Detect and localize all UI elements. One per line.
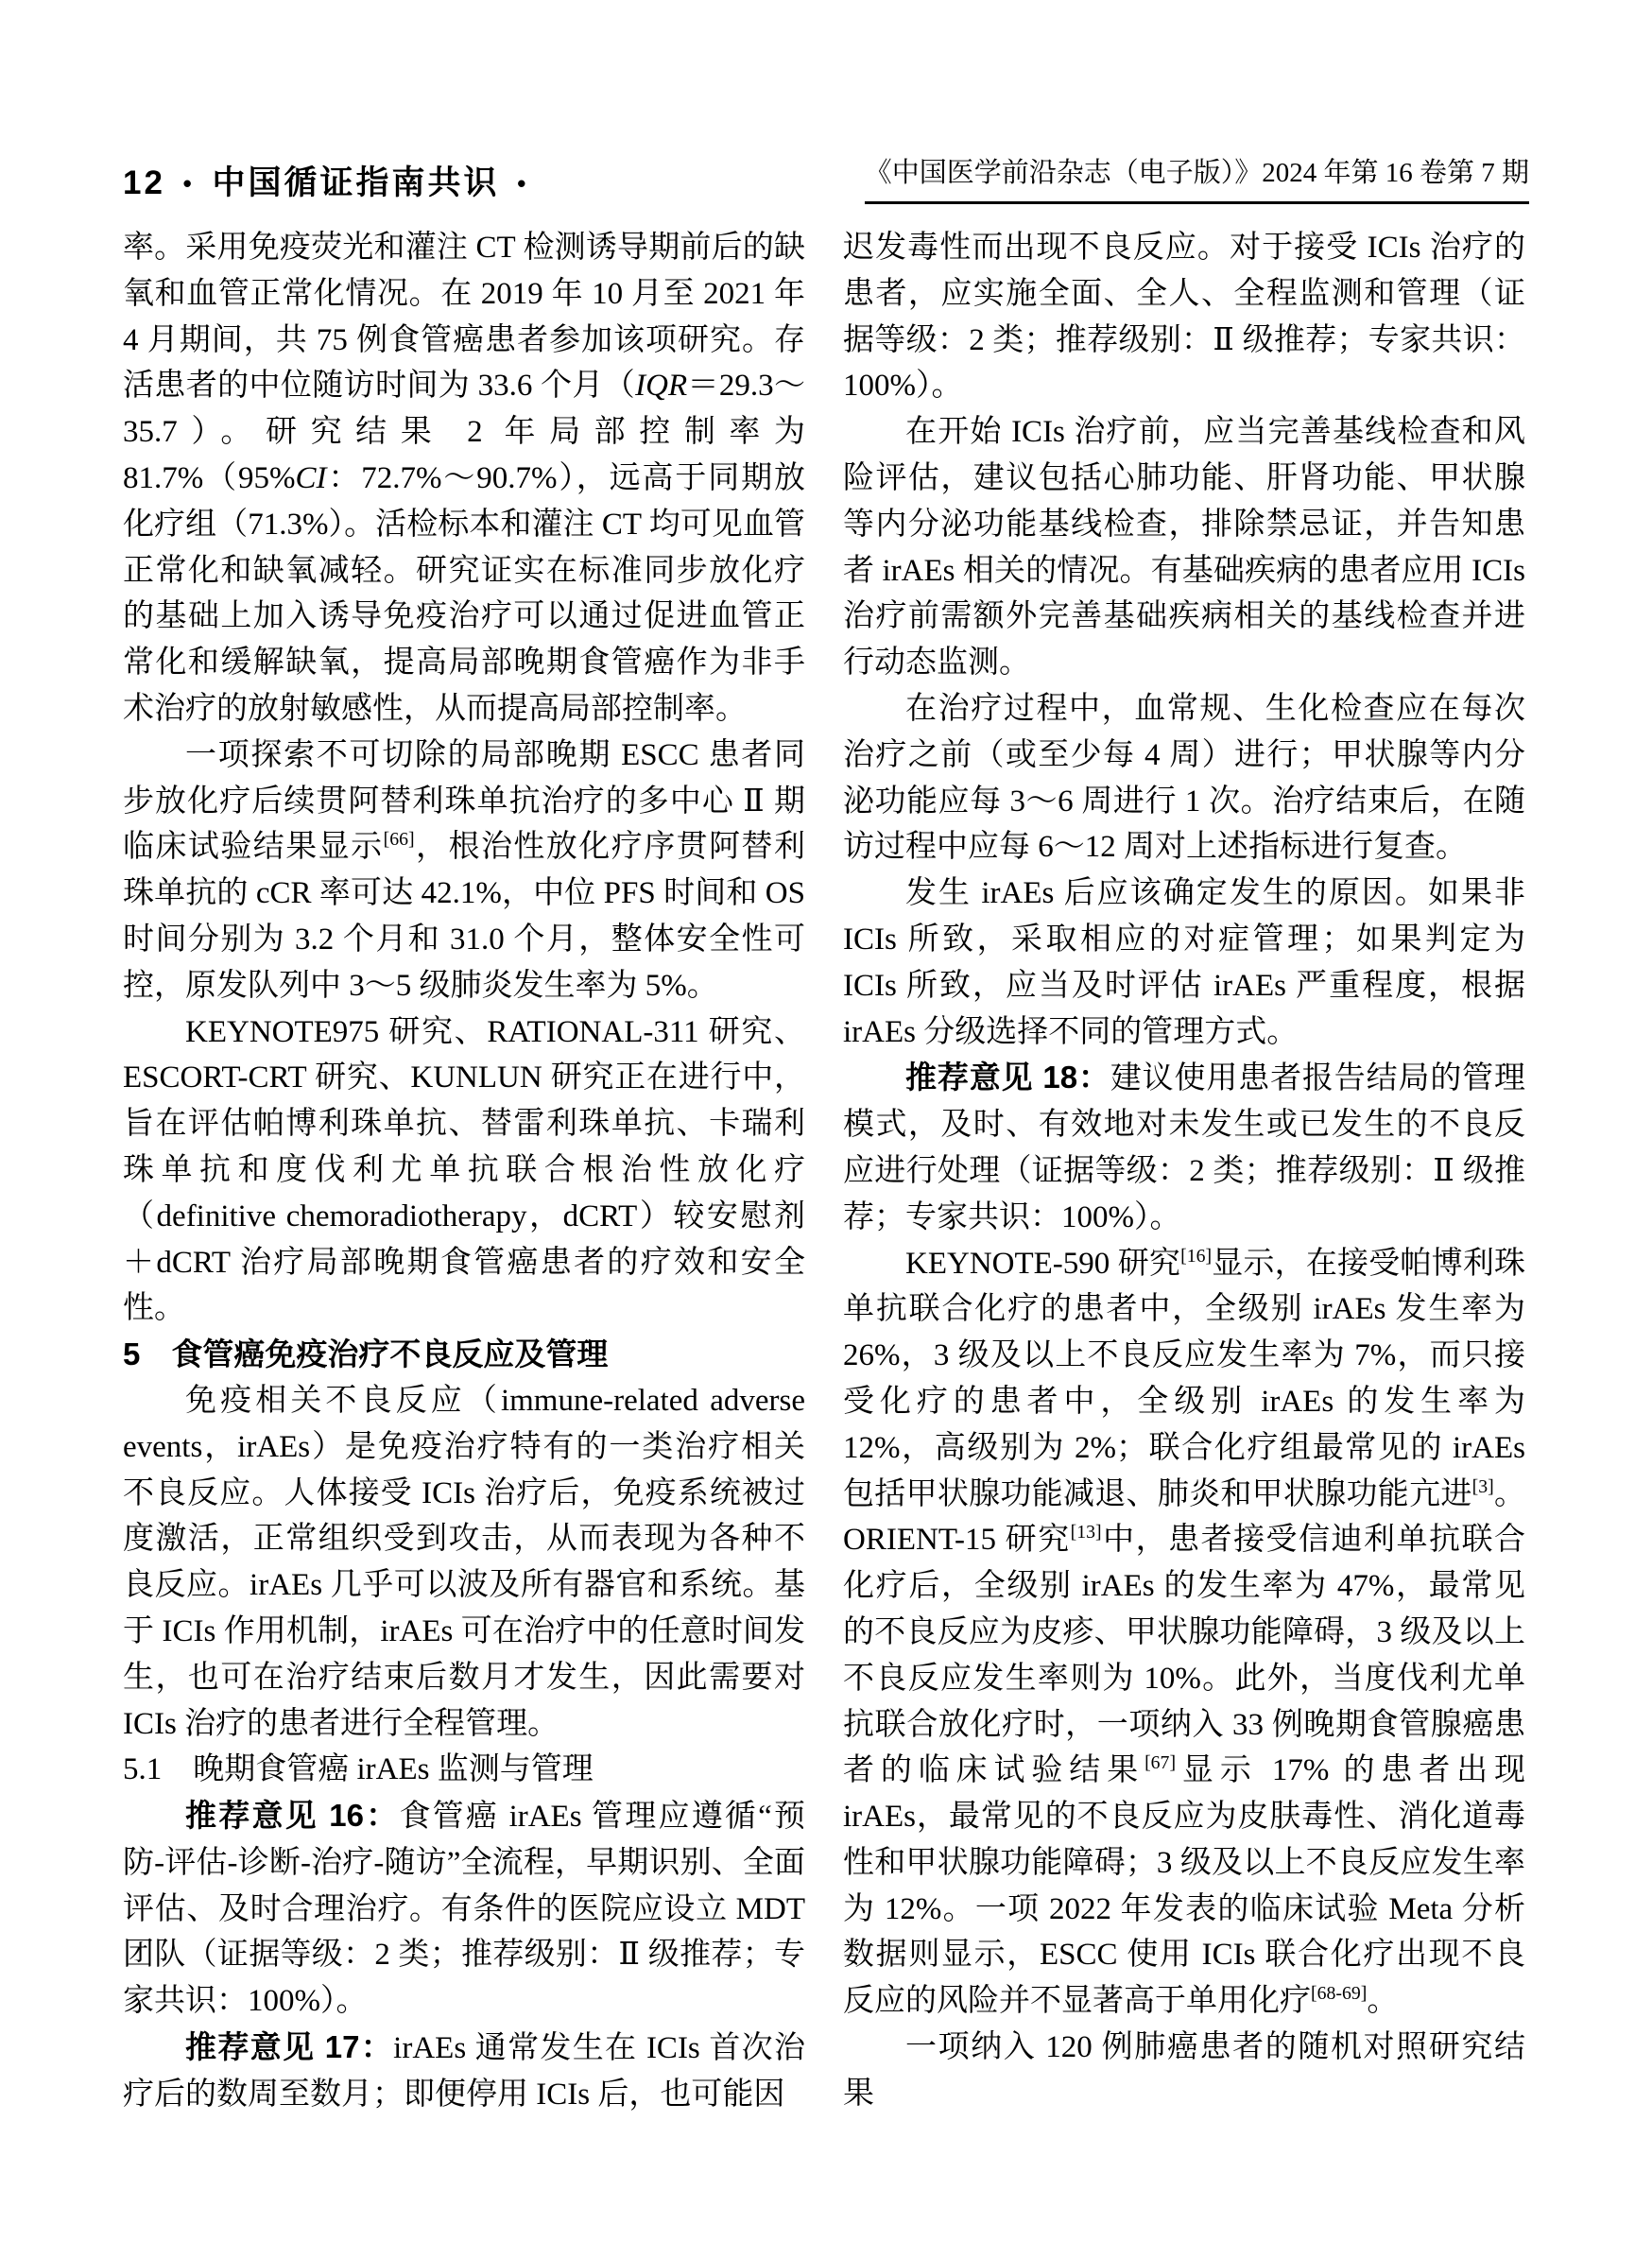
running-head-left: 12 • 中国循证指南共识 • — [123, 157, 534, 204]
citation-ref: [13] — [1071, 1522, 1102, 1543]
body-text: KEYNOTE975 研究、RATIONAL-311 研究、ESCORT-CRT… — [123, 1015, 805, 1326]
body-text: 一项纳入 120 例肺癌患者的随机对照研究结果 — [843, 2030, 1525, 2111]
paragraph: 率。采用免疫荧光和灌注 CT 检测诱导期前后的缺氧和血管正常化情况。在 2019… — [123, 225, 805, 733]
paragraph: 推荐意见 17：irAEs 通常发生在 ICIs 首次治疗后的数周至数月；即便停… — [123, 2025, 805, 2118]
citation-ref: [66] — [384, 829, 415, 850]
paragraph: 推荐意见 18：建议使用患者报告结局的管理模式，及时、有效地对未发生或已发生的不… — [843, 1055, 1525, 1240]
bold-lead-text: 推荐意见 18： — [905, 1060, 1110, 1095]
paragraph: 在开始 ICIs 治疗前，应当完善基线检查和风险评估，建议包括心肺功能、肝肾功能… — [843, 409, 1525, 686]
paragraph: KEYNOTE-590 研究[16]显示，在接受帕博利珠单抗联合化疗的患者中，全… — [843, 1241, 1525, 2026]
section-series-title: 中国循证指南共识 — [213, 164, 500, 201]
section-heading: 5 食管癌免疫治疗不良反应及管理 — [123, 1332, 805, 1378]
bold-lead-text: 推荐意见 17： — [185, 2029, 393, 2064]
body-text: 发生 irAEs 后应该确定发生的原因。如果非 ICIs 所致，采取相应的对症管… — [843, 876, 1525, 1048]
column-right: 迟发毒性而出现不良反应。对于接受 ICIs 治疗的患者，应实施全面、全人、全程监… — [843, 225, 1525, 2118]
two-column-body: 率。采用免疫荧光和灌注 CT 检测诱导期前后的缺氧和血管正常化情况。在 2019… — [123, 225, 1525, 2118]
body-text: 。 — [1367, 1984, 1398, 2018]
paragraph: 在治疗过程中，血常规、生化检查应在每次治疗之前（或至少每 4 周）进行；甲状腺等… — [843, 686, 1525, 871]
body-text: 中，患者接受信迪利单抗联合化疗后，全级别 irAEs 的发生率为 47%，最常见… — [843, 1523, 1525, 1787]
citation-ref: [3] — [1472, 1476, 1494, 1497]
body-text: 免疫相关不良反应（immune-related adverse events，i… — [123, 1384, 805, 1741]
bold-lead-text: 推荐意见 16： — [185, 1798, 399, 1833]
paragraph: 免疫相关不良反应（immune-related adverse events，i… — [123, 1378, 805, 1747]
body-text: 5.1 晚期食管癌 irAEs 监测与管理 — [123, 1752, 594, 1786]
page-number: 12 — [123, 164, 165, 201]
body-text: IQR — [635, 369, 687, 403]
paragraph: 推荐意见 16：食管癌 irAEs 管理应遵循“预防-评估-诊断-治疗-随访”全… — [123, 1793, 805, 2025]
paragraph: 一项纳入 120 例肺癌患者的随机对照研究结果 — [843, 2025, 1525, 2117]
body-text: 5 食管癌免疫治疗不良反应及管理 — [123, 1336, 608, 1371]
bullet-icon: • — [178, 169, 200, 198]
paragraph: 发生 irAEs 后应该确定发生的原因。如果非 ICIs 所致，采取相应的对症管… — [843, 871, 1525, 1055]
paragraph: 一项探索不可切除的局部晚期 ESCC 患者同步放化疗后续贯阿替利珠单抗治疗的多中… — [123, 733, 805, 1009]
page-header: 12 • 中国循证指南共识 • 《中国医学前沿杂志（电子版）》2024 年第 1… — [123, 151, 1529, 204]
body-text: 在开始 ICIs 治疗前，应当完善基线检查和风险评估，建议包括心肺功能、肝肾功能… — [843, 415, 1525, 680]
citation-ref: [67] — [1144, 1752, 1176, 1773]
citation-ref: [68-69] — [1311, 1983, 1367, 2004]
body-text: CI — [295, 461, 326, 495]
body-text: 迟发毒性而出现不良反应。对于接受 ICIs 治疗的患者，应实施全面、全人、全程监… — [843, 231, 1525, 403]
bullet-icon: • — [511, 169, 534, 198]
journal-citation-line: 《中国医学前沿杂志（电子版）》2024 年第 16 卷第 7 期 — [865, 151, 1529, 204]
body-text: 显示，在接受帕博利珠单抗联合化疗的患者中，全级别 irAEs 发生率为 26%，… — [843, 1247, 1525, 1511]
body-text: KEYNOTE-590 研究 — [905, 1247, 1180, 1281]
body-text: ：72.7%～90.7%），远高于同期放化疗组（71.3%）。活检标本和灌注 C… — [123, 461, 805, 726]
section-heading: 5.1 晚期食管癌 irAEs 监测与管理 — [123, 1747, 805, 1793]
body-text: 显示 17% 的患者出现 irAEs，最常见的不良反应为皮肤毒性、消化道毒性和甲… — [843, 1753, 1525, 2018]
body-text: 在治疗过程中，血常规、生化检查应在每次治疗之前（或至少每 4 周）进行；甲状腺等… — [843, 692, 1525, 864]
column-left: 率。采用免疫荧光和灌注 CT 检测诱导期前后的缺氧和血管正常化情况。在 2019… — [123, 225, 805, 2118]
citation-ref: [16] — [1180, 1246, 1212, 1267]
paragraph: 迟发毒性而出现不良反应。对于接受 ICIs 治疗的患者，应实施全面、全人、全程监… — [843, 225, 1525, 409]
paragraph: KEYNOTE975 研究、RATIONAL-311 研究、ESCORT-CRT… — [123, 1009, 805, 1333]
journal-page: 12 • 中国循证指南共识 • 《中国医学前沿杂志（电子版）》2024 年第 1… — [0, 0, 1652, 2259]
